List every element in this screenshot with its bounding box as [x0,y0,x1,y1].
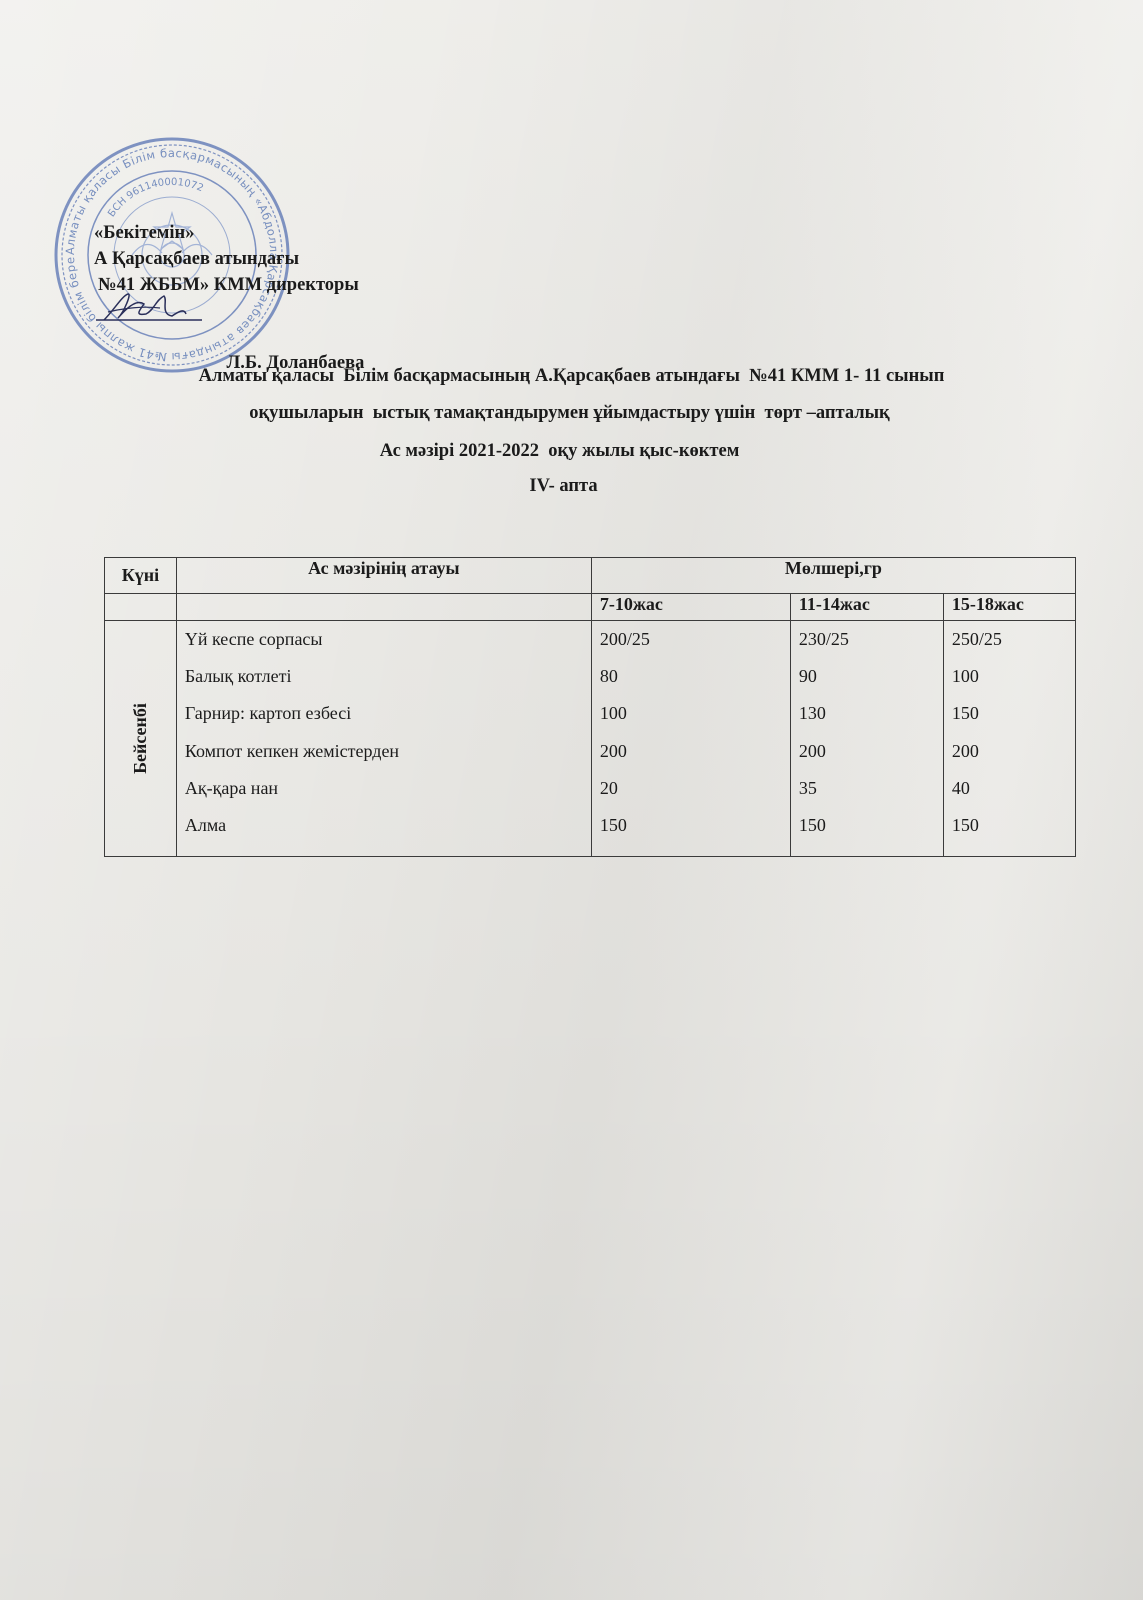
document-title-line2: оқушыларын ыстық тамақтандырумен ұйымдас… [0,403,1141,424]
amount-value: 20 [600,776,782,813]
amounts-7-10-cell: 200/25 80 100 200 20 150 [591,621,790,857]
week-label: IV- апта [0,476,1135,497]
document-title-line3: Ас мәзірі 2021-2022 оқу жылы қыс-көктем [0,441,1131,462]
table-header-row: Күні Ас мәзірінің атауы Мөлшері,гр [105,558,1076,594]
amount-value: 90 [799,664,935,701]
amount-value: 130 [799,701,935,738]
header-age-15-18: 15-18жас [943,594,1075,621]
amount-value: 150 [952,813,1067,850]
header-age-11-14: 11-14жас [790,594,943,621]
dish-name: Гарнир: картоп езбесі [185,701,583,738]
header-age-7-10: 7-10жас [591,594,790,621]
menu-table: Күні Ас мәзірінің атауы Мөлшері,гр 7-10ж… [104,557,1076,857]
dish-name: Ақ-қара нан [185,776,583,813]
header-dish: Ас мәзірінің атауы [176,558,591,594]
approval-school-name: А Қарсақбаев атындағы [94,246,364,272]
amount-value: 250/25 [952,627,1067,664]
amount-value: 150 [600,813,782,850]
header-amount: Мөлшері,гр [591,558,1075,594]
amounts-11-14-cell: 230/25 90 130 200 35 150 [790,621,943,857]
subheader-empty-dish [176,594,591,621]
amount-value: 230/25 [799,627,935,664]
dish-name: Үй кеспе сорпасы [185,627,583,664]
amount-value: 200/25 [600,627,782,664]
dish-name: Алма [185,813,583,850]
amount-value: 40 [952,776,1067,813]
dish-name: Компот кепкен жемістерден [185,739,583,776]
dish-names-cell: Үй кеспе сорпасы Балық котлеті Гарнир: к… [176,621,591,857]
header-day: Күні [105,558,177,594]
amount-value: 150 [799,813,935,850]
amount-value: 100 [952,664,1067,701]
svg-text:БСН 961140001072: БСН 961140001072 [106,177,205,219]
signature-icon [94,290,204,324]
amounts-15-18-cell: 250/25 100 150 200 40 150 [943,621,1075,857]
amount-value: 200 [799,739,935,776]
stamp-bin-text: БСН 961140001072 [106,177,205,219]
amount-value: 200 [952,739,1067,776]
document-title-line1: Алматы қаласы Білім басқармасының А.Қарс… [0,366,1143,387]
day-label: Бейсенбі [130,703,151,774]
amount-value: 200 [600,739,782,776]
table-row: Бейсенбі Үй кеспе сорпасы Балық котлеті … [105,621,1076,857]
amount-value: 150 [952,701,1067,738]
subheader-empty-day [105,594,177,621]
amount-value: 100 [600,701,782,738]
approval-label: «Бекітемін» [94,220,364,246]
dish-name: Балық котлеті [185,664,583,701]
amount-value: 80 [600,664,782,701]
table-subheader-row: 7-10жас 11-14жас 15-18жас [105,594,1076,621]
amount-value: 35 [799,776,935,813]
day-cell: Бейсенбі [105,621,177,857]
